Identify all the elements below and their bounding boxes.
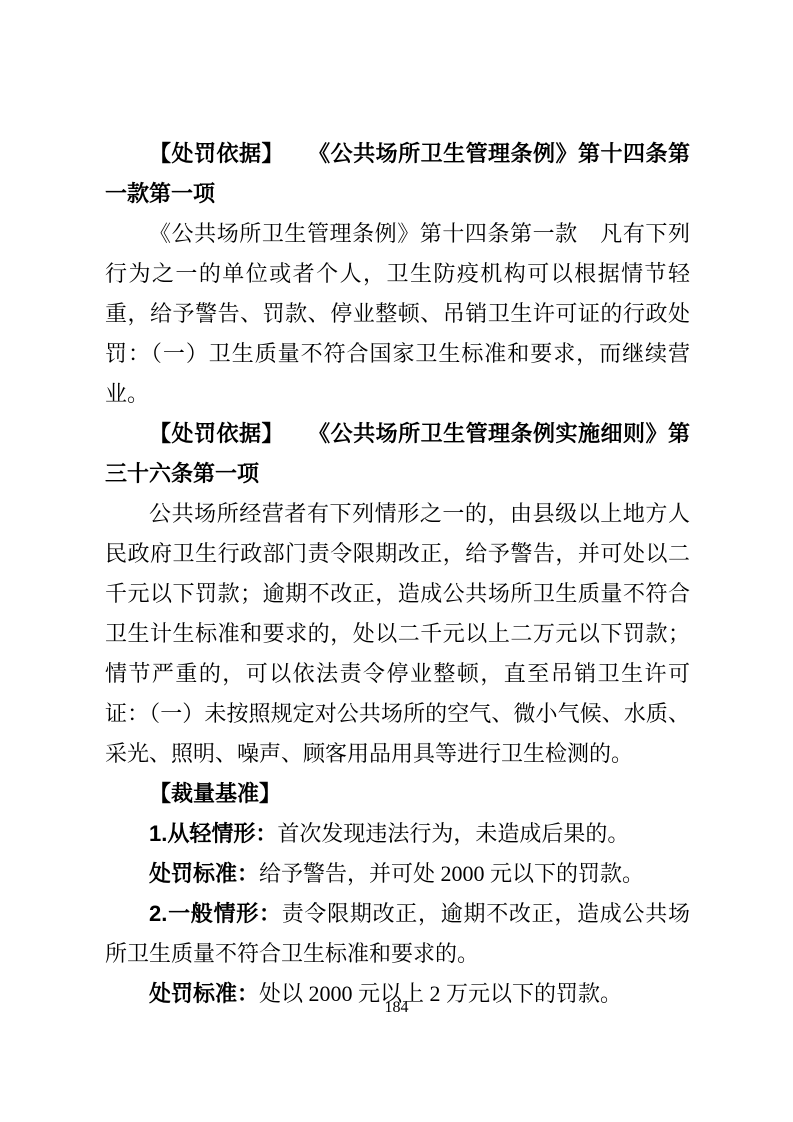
- regulation-article-text: 《公共场所卫生管理条例》第十四条第一款 凡有下列行为之一的单位或者个人，卫生防疫…: [105, 221, 690, 406]
- discretion-criteria-label: 【裁量基准】: [149, 781, 281, 806]
- document-page: 【处罚依据】《公共场所卫生管理条例》第十四条第一款第一项 《公共场所卫生管理条例…: [0, 0, 793, 1122]
- regulation-article-text: 公共场所经营者有下列情形之一的，由县级以上地方人民政府卫生行政部门责令限期改正，…: [105, 501, 690, 766]
- penalty-basis-heading-1: 【处罚依据】《公共场所卫生管理条例》第十四条第一款第一项: [105, 134, 690, 214]
- criteria-item-mitigating: 1.从轻情形：首次发现违法行为，未造成后果的。: [105, 814, 690, 854]
- criteria-item-label: 处罚标准：: [149, 861, 259, 886]
- regulation-article-paragraph: 公共场所经营者有下列情形之一的，由县级以上地方人民政府卫生行政部门责令限期改正，…: [105, 494, 690, 774]
- criteria-item-text: 首次发现违法行为，未造成后果的。: [277, 821, 629, 846]
- penalty-basis-heading-2: 【处罚依据】《公共场所卫生管理条例实施细则》第三十六条第一项: [105, 414, 690, 494]
- criteria-item-label: 1.从轻情形：: [149, 821, 277, 846]
- penalty-basis-bracket-label: 【处罚依据】: [149, 421, 284, 446]
- criteria-item-penalty-standard: 处罚标准：给予警告，并可处 2000 元以下的罚款。: [105, 854, 690, 894]
- regulation-article-paragraph: 《公共场所卫生管理条例》第十四条第一款 凡有下列行为之一的单位或者个人，卫生防疫…: [105, 214, 690, 414]
- criteria-item-general: 2.一般情形：责令限期改正，逾期不改正，造成公共场所卫生质量不符合卫生标准和要求…: [105, 894, 690, 974]
- criteria-item-text: 给予警告，并可处 2000 元以下的罚款。: [259, 861, 644, 886]
- discretion-criteria-heading: 【裁量基准】: [105, 774, 690, 814]
- document-body: 【处罚依据】《公共场所卫生管理条例》第十四条第一款第一项 《公共场所卫生管理条例…: [105, 134, 690, 1014]
- penalty-basis-bracket-label: 【处罚依据】: [149, 141, 284, 166]
- page-number: 184: [0, 998, 793, 1018]
- criteria-item-label: 2.一般情形：: [149, 901, 282, 926]
